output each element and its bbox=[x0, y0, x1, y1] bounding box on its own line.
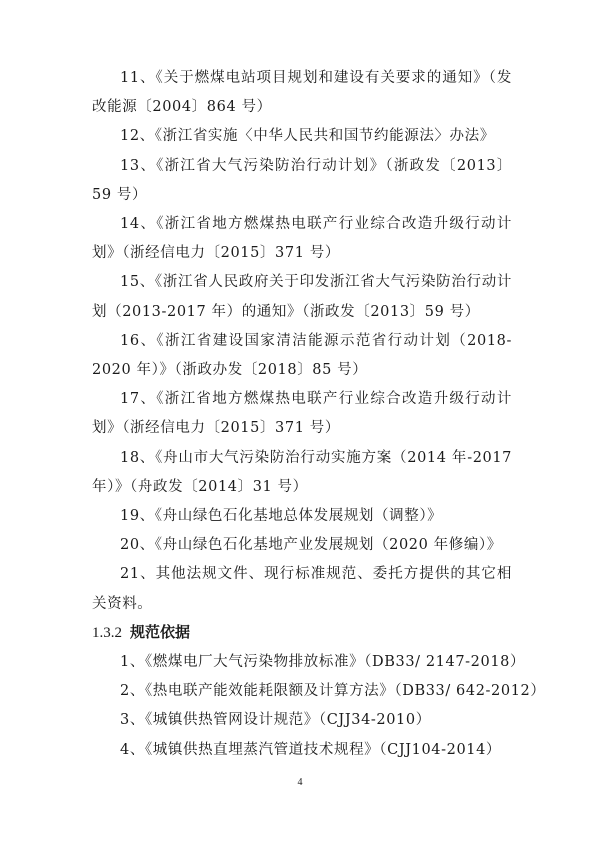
item-number: 11、 bbox=[120, 70, 156, 86]
page-number: 4 bbox=[0, 777, 600, 788]
section-title: 规范依据 bbox=[130, 625, 190, 641]
item-number: 2、 bbox=[120, 683, 145, 699]
reference-item-11: 11、《关于燃煤电站项目规划和建设有关要求的通知》（发改能源〔2004〕864 … bbox=[92, 64, 512, 122]
item-number: 16、 bbox=[120, 333, 156, 349]
item-text: 《城镇供热直埋蒸汽管道技术规程》（CJJ104-2014） bbox=[145, 742, 501, 758]
item-number: 12、 bbox=[120, 128, 155, 144]
item-text: 《舟山市大气污染防治行动实施方案（2014 年-2017 年）》（舟政发〔201… bbox=[92, 450, 512, 495]
reference-item-12: 12、《浙江省实施〈中华人民共和国节约能源法〉办法》 bbox=[92, 122, 512, 151]
section-number: 1.3.2 bbox=[92, 625, 122, 641]
item-text: 《热电联产能效能耗限额及计算方法》（DB33/ 642-2012） bbox=[145, 683, 546, 699]
item-number: 13、 bbox=[120, 158, 156, 174]
reference-item-20: 20、《舟山绿色石化基地产业发展规划（2020 年修编）》 bbox=[92, 531, 512, 560]
standard-item-2: 2、《热电联产能效能耗限额及计算方法》（DB33/ 642-2012） bbox=[92, 677, 512, 706]
item-number: 15、 bbox=[120, 274, 155, 290]
item-number: 1、 bbox=[120, 654, 145, 670]
reference-item-15: 15、《浙江省人民政府关于印发浙江省大气污染防治行动计划（2013-2017 年… bbox=[92, 268, 512, 326]
item-number: 19、 bbox=[120, 508, 155, 524]
standard-item-1: 1、《燃煤电厂大气污染物排放标准》（DB33/ 2147-2018） bbox=[92, 648, 512, 677]
item-number: 21、 bbox=[120, 566, 156, 582]
document-page: 11、《关于燃煤电站项目规划和建设有关要求的通知》（发改能源〔2004〕864 … bbox=[92, 64, 512, 765]
item-text: 《燃煤电厂大气污染物排放标准》（DB33/ 2147-2018） bbox=[145, 654, 525, 670]
item-text: 《舟山绿色石化基地产业发展规划（2020 年修编）》 bbox=[155, 537, 502, 553]
item-text: 《关于燃煤电站项目规划和建设有关要求的通知》（发改能源〔2004〕864 号） bbox=[92, 70, 512, 115]
reference-item-13: 13、《浙江省大气污染防治行动计划》（浙政发〔2013〕59 号） bbox=[92, 152, 512, 210]
reference-item-14: 14、《浙江省地方燃煤热电联产行业综合改造升级行动计划》（浙经信电力〔2015〕… bbox=[92, 210, 512, 268]
reference-item-16: 16、《浙江省建设国家清洁能源示范省行动计划（2018-2020 年）》（浙政办… bbox=[92, 327, 512, 385]
item-number: 20、 bbox=[120, 537, 155, 553]
item-number: 17、 bbox=[120, 391, 156, 407]
reference-item-17: 17、《浙江省地方燃煤热电联产行业综合改造升级行动计划》（浙经信电力〔2015〕… bbox=[92, 385, 512, 443]
standard-item-3: 3、《城镇供热管网设计规范》（CJJ34-2010） bbox=[92, 706, 512, 735]
item-number: 18、 bbox=[120, 450, 155, 466]
item-number: 3、 bbox=[120, 712, 145, 728]
item-text: 《浙江省实施〈中华人民共和国节约能源法〉办法》 bbox=[155, 128, 495, 144]
reference-item-21: 21、其他法规文件、现行标准规范、委托方提供的其它相关资料。 bbox=[92, 560, 512, 618]
standard-item-4: 4、《城镇供热直埋蒸汽管道技术规程》（CJJ104-2014） bbox=[92, 736, 512, 765]
reference-item-18: 18、《舟山市大气污染防治行动实施方案（2014 年-2017 年）》（舟政发〔… bbox=[92, 444, 512, 502]
item-text: 其他法规文件、现行标准规范、委托方提供的其它相关资料。 bbox=[92, 566, 512, 611]
reference-item-19: 19、《舟山绿色石化基地总体发展规划（调整）》 bbox=[92, 502, 512, 531]
item-text: 《浙江省人民政府关于印发浙江省大气污染防治行动计划（2013-2017 年）的通… bbox=[92, 274, 512, 319]
item-text: 《城镇供热管网设计规范》（CJJ34-2010） bbox=[145, 712, 431, 728]
section-heading: 1.3.2规范依据 bbox=[92, 619, 512, 648]
item-number: 14、 bbox=[120, 216, 156, 232]
item-number: 4、 bbox=[120, 742, 145, 758]
item-text: 《舟山绿色石化基地总体发展规划（调整）》 bbox=[155, 508, 443, 524]
